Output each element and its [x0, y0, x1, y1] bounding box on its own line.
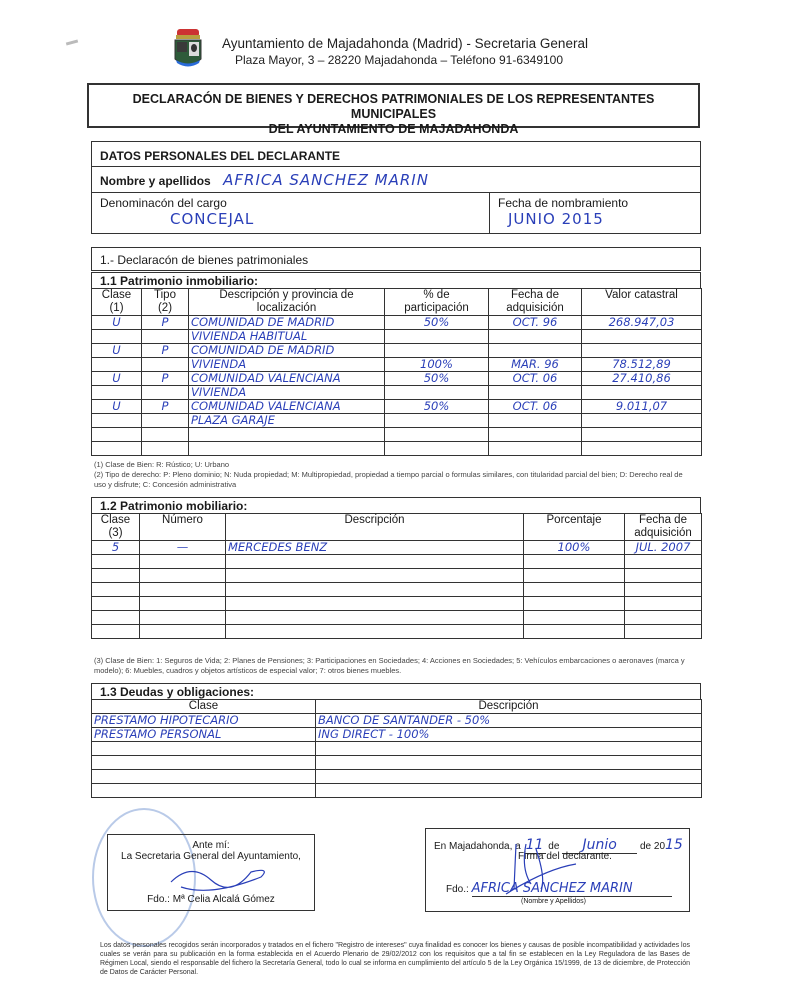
movable-row — [92, 611, 702, 625]
real-estate-cell[interactable]: P — [142, 344, 189, 358]
real-estate-cell[interactable]: OCT. 06 — [489, 400, 582, 414]
movable-cell[interactable] — [140, 597, 226, 611]
real-estate-cell[interactable]: VIVIENDA HABITUAL — [189, 330, 385, 344]
appointment-label: Fecha de nombramiento — [498, 196, 692, 210]
debts-cell[interactable]: ING DIRECT - 100% — [316, 728, 702, 742]
real-estate-cell[interactable] — [385, 428, 489, 442]
movable-cell[interactable] — [140, 555, 226, 569]
real-estate-cell[interactable] — [385, 344, 489, 358]
real-estate-header-0: Clase(1) — [92, 289, 142, 316]
real-estate-cell[interactable]: COMUNIDAD VALENCIANA — [189, 400, 385, 414]
movable-cell[interactable] — [625, 625, 702, 639]
signed-by-line: Fdo.: AFRICA SANCHEZ MARIN — [446, 881, 672, 897]
document-title: DECLARACÓN DE BIENES Y DERECHOS PATRIMON… — [87, 83, 700, 128]
debts-row — [92, 756, 702, 770]
position-cell: Denominacón del cargo CONCEJAL — [92, 193, 490, 233]
real-estate-cell[interactable] — [582, 442, 702, 456]
movable-header-1: Número — [140, 514, 226, 541]
real-estate-cell[interactable]: VIVIENDA — [189, 358, 385, 372]
real-estate-cell[interactable] — [92, 330, 142, 344]
footnote: (2) Tipo de derecho: P: Pleno dominio; N… — [94, 470, 694, 490]
real-estate-cell[interactable] — [142, 358, 189, 372]
movable-cell[interactable] — [92, 583, 140, 597]
movable-cell[interactable] — [226, 569, 524, 583]
debts-cell[interactable] — [316, 742, 702, 756]
movable-cell[interactable] — [524, 583, 625, 597]
real-estate-cell[interactable]: OCT. 06 — [489, 372, 582, 386]
year-label: de 20 — [640, 841, 665, 852]
movable-cell[interactable] — [226, 611, 524, 625]
real-estate-cell[interactable] — [189, 428, 385, 442]
real-estate-header-4: Fecha deadquisición — [489, 289, 582, 316]
header-title: Ayuntamiento de Majadahonda (Madrid) - S… — [222, 36, 588, 51]
secretary-title: La Secretaria General del Ayuntamiento, — [108, 851, 314, 862]
scan-artifact — [66, 39, 78, 45]
real-estate-cell[interactable]: 27.410,86 — [582, 372, 702, 386]
real-estate-row — [92, 442, 702, 456]
movable-cell[interactable] — [226, 625, 524, 639]
legal-notice: Los datos personales recogidos serán inc… — [100, 941, 690, 977]
debts-cell[interactable] — [92, 742, 316, 756]
real-estate-cell[interactable]: 9.011,07 — [582, 400, 702, 414]
debts-cell[interactable] — [316, 770, 702, 784]
movable-cell[interactable] — [92, 555, 140, 569]
name-caption: (Nombre y Apellidos) — [521, 898, 586, 905]
real-estate-cell[interactable] — [489, 442, 582, 456]
secretary-signature-box: Ante mí: La Secretaria General del Ayunt… — [107, 834, 315, 911]
real-estate-cell[interactable]: U — [92, 372, 142, 386]
real-estate-cell[interactable]: 50% — [385, 372, 489, 386]
movable-cell[interactable] — [92, 569, 140, 583]
movable-cell[interactable] — [92, 611, 140, 625]
real-estate-cell[interactable]: COMUNIDAD VALENCIANA — [189, 372, 385, 386]
year-field[interactable]: 15 — [665, 837, 683, 853]
movable-cell[interactable] — [226, 583, 524, 597]
movable-header-4: Fecha deadquisición — [625, 514, 702, 541]
real-estate-title: 1.1 Patrimonio inmobiliario: — [91, 272, 701, 289]
movable-header-2: Descripción — [226, 514, 524, 541]
movable-cell[interactable] — [625, 555, 702, 569]
real-estate-cell[interactable] — [582, 414, 702, 428]
movable-table: Clase(3)NúmeroDescripciónPorcentajeFecha… — [91, 513, 702, 639]
position-label: Denominacón del cargo — [100, 196, 481, 210]
real-estate-footnotes: (1) Clase de Bien: R: Rústico; U: Urbano… — [94, 460, 694, 490]
real-estate-row: PLAZA GARAJE — [92, 414, 702, 428]
personal-data-section: DATOS PERSONALES DEL DECLARANTE Nombre y… — [91, 141, 701, 234]
real-estate-cell[interactable]: P — [142, 316, 189, 330]
debts-cell[interactable]: BANCO DE SANTANDER - 50% — [316, 714, 702, 728]
movable-footnote: (3) Clase de Bien: 1: Seguros de Vida; 2… — [94, 656, 694, 676]
real-estate-row: UPCOMUNIDAD DE MADRID50%OCT. 96268.947,0… — [92, 316, 702, 330]
real-estate-cell[interactable] — [92, 358, 142, 372]
appointment-field[interactable]: JUNIO 2015 — [508, 210, 692, 228]
real-estate-cell[interactable]: 50% — [385, 316, 489, 330]
movable-cell[interactable]: 5 — [92, 541, 140, 555]
debts-row — [92, 742, 702, 756]
real-estate-cell[interactable]: P — [142, 372, 189, 386]
real-estate-cell[interactable] — [142, 442, 189, 456]
movable-row — [92, 583, 702, 597]
name-label: Nombre y apellidos — [100, 174, 211, 188]
movable-title: 1.2 Patrimonio mobiliario: — [91, 497, 701, 514]
movable-header-3: Porcentaje — [524, 514, 625, 541]
movable-cell[interactable]: MERCEDES BENZ — [226, 541, 524, 555]
real-estate-cell[interactable] — [92, 428, 142, 442]
real-estate-row: UPCOMUNIDAD VALENCIANA50%OCT. 069.011,07 — [92, 400, 702, 414]
movable-cell[interactable] — [625, 583, 702, 597]
movable-cell[interactable] — [226, 597, 524, 611]
debts-cell[interactable] — [92, 756, 316, 770]
debts-title: 1.3 Deudas y obligaciones: — [91, 683, 701, 700]
movable-row — [92, 597, 702, 611]
debts-cell[interactable]: PRESTAMO HIPOTECARIO — [92, 714, 316, 728]
personal-data-header: DATOS PERSONALES DEL DECLARANTE — [92, 142, 700, 167]
real-estate-header-1: Tipo(2) — [142, 289, 189, 316]
real-estate-cell[interactable] — [489, 330, 582, 344]
fdo-label: Fdo.: — [446, 884, 469, 895]
real-estate-cell[interactable] — [582, 344, 702, 358]
movable-cell[interactable] — [140, 569, 226, 583]
debts-cell[interactable] — [316, 784, 702, 798]
real-estate-header-3: % departicipación — [385, 289, 489, 316]
movable-cell[interactable] — [140, 583, 226, 597]
real-estate-cell[interactable] — [142, 414, 189, 428]
real-estate-cell[interactable] — [142, 330, 189, 344]
before-me-label: Ante mí: — [108, 840, 314, 851]
movable-cell[interactable] — [92, 597, 140, 611]
real-estate-cell[interactable] — [385, 386, 489, 400]
movable-cell[interactable] — [524, 611, 625, 625]
movable-cell[interactable]: 100% — [524, 541, 625, 555]
real-estate-table: Clase(1)Tipo(2)Descripción y provincia d… — [91, 288, 702, 456]
debts-header-0: Clase — [92, 700, 316, 714]
real-estate-cell[interactable]: PLAZA GARAJE — [189, 414, 385, 428]
footnote: (1) Clase de Bien: R: Rústico; U: Urbano — [94, 460, 694, 470]
real-estate-cell[interactable] — [142, 386, 189, 400]
movable-cell[interactable] — [140, 625, 226, 639]
real-estate-cell[interactable]: U — [92, 400, 142, 414]
real-estate-cell[interactable] — [582, 330, 702, 344]
real-estate-row: UPCOMUNIDAD VALENCIANA50%OCT. 0627.410,8… — [92, 372, 702, 386]
real-estate-cell[interactable] — [582, 428, 702, 442]
real-estate-cell[interactable] — [489, 414, 582, 428]
real-estate-cell[interactable]: 78.512,89 — [582, 358, 702, 372]
real-estate-cell[interactable] — [489, 386, 582, 400]
debts-row: PRESTAMO HIPOTECARIOBANCO DE SANTANDER -… — [92, 714, 702, 728]
movable-row — [92, 555, 702, 569]
real-estate-header-2: Descripción y provincia delocalización — [189, 289, 385, 316]
movable-cell[interactable] — [524, 597, 625, 611]
real-estate-cell[interactable]: 100% — [385, 358, 489, 372]
real-estate-cell[interactable] — [189, 442, 385, 456]
movable-cell[interactable]: — — [140, 541, 226, 555]
debts-table: ClaseDescripción PRESTAMO HIPOTECARIOBAN… — [91, 699, 702, 798]
secretary-name: Fdo.: Mª Celia Alcalá Gómez — [108, 894, 314, 905]
movable-cell[interactable] — [226, 555, 524, 569]
real-estate-cell[interactable]: MAR. 96 — [489, 358, 582, 372]
secretary-signature-icon — [151, 862, 271, 892]
debts-cell[interactable] — [92, 770, 316, 784]
movable-cell[interactable] — [92, 625, 140, 639]
document-title-line2: DEL AYUNTAMIENTO DE MAJADAHONDA — [89, 122, 698, 137]
real-estate-cell[interactable]: U — [92, 316, 142, 330]
movable-cell[interactable] — [625, 611, 702, 625]
real-estate-row: VIVIENDA HABITUAL — [92, 330, 702, 344]
real-estate-cell[interactable] — [385, 442, 489, 456]
real-estate-cell[interactable]: VIVIENDA — [189, 386, 385, 400]
real-estate-cell[interactable]: U — [92, 344, 142, 358]
real-estate-cell[interactable] — [489, 428, 582, 442]
real-estate-cell[interactable]: 50% — [385, 400, 489, 414]
declarant-signature-box: En Majadahonda, a 11 de Junio de 2015 Fi… — [425, 828, 690, 912]
debts-cell[interactable] — [316, 756, 702, 770]
real-estate-cell[interactable] — [142, 428, 189, 442]
real-estate-row: VIVIENDA100%MAR. 9678.512,89 — [92, 358, 702, 372]
name-field[interactable]: AFRICA SANCHEZ MARIN — [223, 171, 429, 189]
debts-row — [92, 770, 702, 784]
assets-section-title: 1.- Declaracón de bienes patrimoniales — [91, 247, 701, 271]
real-estate-row: VIVIENDA — [92, 386, 702, 400]
movable-cell[interactable] — [140, 611, 226, 625]
name-row: Nombre y apellidos AFRICA SANCHEZ MARIN — [92, 167, 700, 193]
document-title-line1: DECLARACÓN DE BIENES Y DERECHOS PATRIMON… — [89, 92, 698, 122]
header-address: Plaza Mayor, 3 – 28220 Majadahonda – Tel… — [235, 53, 563, 67]
real-estate-cell[interactable]: COMUNIDAD DE MADRID — [189, 344, 385, 358]
real-estate-cell[interactable] — [92, 414, 142, 428]
debts-row: PRESTAMO PERSONALING DIRECT - 100% — [92, 728, 702, 742]
real-estate-cell[interactable] — [385, 414, 489, 428]
real-estate-row — [92, 428, 702, 442]
real-estate-cell[interactable] — [385, 330, 489, 344]
appointment-cell: Fecha de nombramiento JUNIO 2015 — [490, 193, 700, 233]
movable-cell[interactable] — [625, 569, 702, 583]
movable-cell[interactable] — [625, 597, 702, 611]
real-estate-cell[interactable]: P — [142, 400, 189, 414]
debts-cell[interactable]: PRESTAMO PERSONAL — [92, 728, 316, 742]
movable-row: 5—MERCEDES BENZ100%JUL. 2007 — [92, 541, 702, 555]
real-estate-header-5: Valor catastral — [582, 289, 702, 316]
real-estate-row: UPCOMUNIDAD DE MADRID — [92, 344, 702, 358]
real-estate-cell[interactable] — [92, 442, 142, 456]
movable-row — [92, 625, 702, 639]
real-estate-cell[interactable] — [582, 386, 702, 400]
movable-row — [92, 569, 702, 583]
real-estate-cell[interactable]: OCT. 96 — [489, 316, 582, 330]
movable-cell[interactable] — [524, 555, 625, 569]
movable-cell[interactable] — [524, 569, 625, 583]
coat-of-arms-icon — [171, 27, 205, 72]
movable-cell[interactable] — [524, 625, 625, 639]
real-estate-cell[interactable]: COMUNIDAD DE MADRID — [189, 316, 385, 330]
debts-cell[interactable] — [92, 784, 316, 798]
real-estate-cell[interactable]: 268.947,03 — [582, 316, 702, 330]
debts-header-1: Descripción — [316, 700, 702, 714]
real-estate-cell[interactable] — [92, 386, 142, 400]
real-estate-cell[interactable] — [489, 344, 582, 358]
position-field[interactable]: CONCEJAL — [170, 210, 481, 228]
movable-cell[interactable]: JUL. 2007 — [625, 541, 702, 555]
debts-row — [92, 784, 702, 798]
section-title: DATOS PERSONALES DEL DECLARANTE — [100, 149, 340, 163]
movable-header-0: Clase(3) — [92, 514, 140, 541]
signer-name-field[interactable]: AFRICA SANCHEZ MARIN — [472, 881, 672, 897]
